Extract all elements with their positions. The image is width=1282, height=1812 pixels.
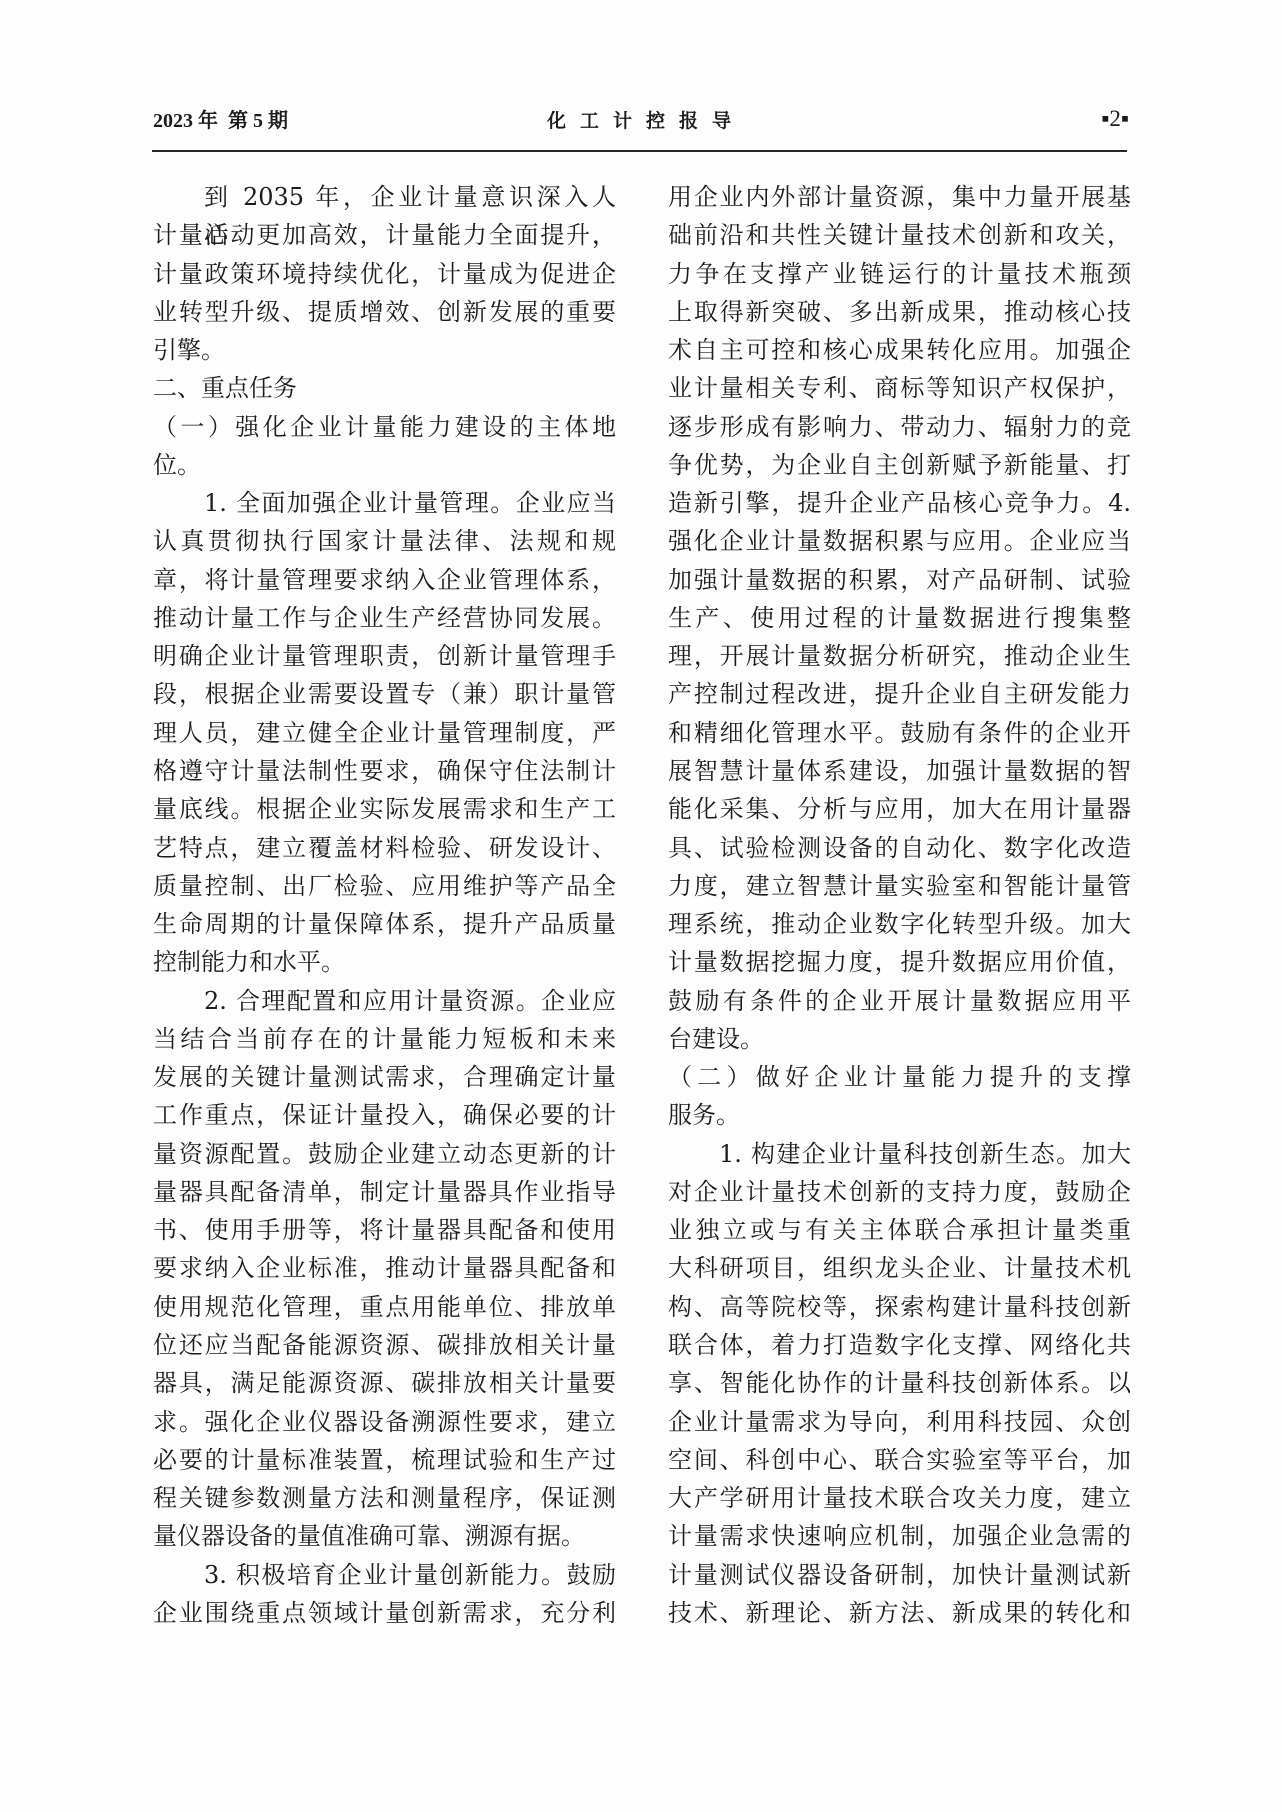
text-line: 1. 全面加强企业计量管理。企业应当 [153, 484, 616, 522]
text-line: 器具，满足能源资源、碳排放相关计量要 [153, 1364, 616, 1402]
paragraph-2035-goals: 到 2035 年，企业计量意识深入人心， 计量活动更加高效，计量能力全面提升， … [153, 178, 616, 369]
journal-page: 2023 年 第 5 期 化 工 计 控 报 导 ▪2▪ 到 2035 年，企业… [0, 0, 1282, 1812]
text-line: 和精细化管理水平。鼓励有条件的企业开 [668, 714, 1131, 752]
text-line: 企业围绕重点领域计量创新需求，充分利 [153, 1594, 616, 1632]
text-line: 认真贯彻执行国家计量法律、法规和规 [153, 522, 616, 560]
text-line: 计量政策环境持续优化，计量成为促进企 [153, 255, 616, 293]
text-line: 控制能力和水平。 [153, 943, 616, 981]
text-line: 推动计量工作与企业生产经营协同发展。 [153, 599, 616, 637]
paragraph-item-3-4-continued: 用企业内外部计量资源，集中力量开展基 础前沿和共性关键计量技术创新和攻关， 力争… [668, 178, 1131, 1058]
text-line: 业转型升级、提质增效、创新发展的重要 [153, 293, 616, 331]
text-line: 用企业内外部计量资源，集中力量开展基 [668, 178, 1131, 216]
text-line: 术自主可控和核心成果转化应用。加强企 [668, 331, 1131, 369]
text-line: 力度，建立智慧计量实验室和智能计量管 [668, 867, 1131, 905]
text-line: 大产学研用计量技术联合攻关力度，建立 [668, 1479, 1131, 1517]
paragraph-item-1-ecosystem: 1. 构建企业计量科技创新生态。加大 对企业计量技术创新的支持力度，鼓励企 业独… [668, 1135, 1131, 1632]
text-line: 空间、科创中心、联合实验室等平台，加 [668, 1441, 1131, 1479]
subsection-heading-2: （二）做好企业计量能力提升的支撑 服务。 [668, 1058, 1131, 1135]
text-line: 享、智能化协作的计量科技创新体系。以 [668, 1364, 1131, 1402]
text-line: 工作重点，保证计量投入，确保必要的计 [153, 1096, 616, 1134]
text-line: 量仪器设备的量值准确可靠、溯源有据。 [153, 1517, 616, 1555]
text-line: 求。强化企业仪器设备溯源性要求，建立 [153, 1403, 616, 1441]
text-line: 质量控制、出厂检验、应用维护等产品全 [153, 867, 616, 905]
text-line: 服务。 [668, 1096, 1131, 1134]
text-line: 书、使用手册等，将计量器具配备和使用 [153, 1211, 616, 1249]
text-line: 对企业计量技术创新的支持力度，鼓励企 [668, 1173, 1131, 1211]
text-line: 展智慧计量体系建设，加强计量数据的智 [668, 752, 1131, 790]
text-line: 企业计量需求为导向，利用科技园、众创 [668, 1403, 1131, 1441]
text-line: 理人员，建立健全企业计量管理制度，严 [153, 714, 616, 752]
text-line: 业计量相关专利、商标等知识产权保护， [668, 369, 1131, 407]
text-line: 量资源配置。鼓励企业建立动态更新的计 [153, 1135, 616, 1173]
text-line: （二）做好企业计量能力提升的支撑 [668, 1058, 1131, 1096]
text-line: 到 2035 年，企业计量意识深入人心， [153, 178, 616, 216]
journal-issue: 2023 年 第 5 期 [153, 107, 288, 135]
paragraph-item-2-resources: 2. 合理配置和应用计量资源。企业应 当结合当前存在的计量能力短板和未来 发展的… [153, 982, 616, 1556]
text-line: 加强计量数据的积累，对产品研制、试验 [668, 561, 1131, 599]
text-line: 造新引擎，提升企业产品核心竞争力。4. [668, 484, 1131, 522]
text-line: 艺特点，建立覆盖材料检验、研发设计、 [153, 829, 616, 867]
text-line: 台建设。 [668, 1020, 1131, 1058]
text-line: 联合体，着力打造数字化支撑、网络化共 [668, 1326, 1131, 1364]
text-line: 大科研项目，组织龙头企业、计量技术机 [668, 1249, 1131, 1287]
page-number: ▪2▪ [1101, 104, 1129, 134]
text-line: 计量数据挖掘力度，提升数据应用价值， [668, 943, 1131, 981]
journal-title: 化 工 计 控 报 导 [547, 107, 731, 135]
header-rule [152, 150, 1127, 152]
text-line: 段，根据企业需要设置专（兼）职计量管 [153, 675, 616, 713]
text-line: 业独立或与有关主体联合承担计量类重 [668, 1211, 1131, 1249]
text-line: 计量测试仪器设备研制，加快计量测试新 [668, 1556, 1131, 1594]
text-line: 必要的计量标准装置，梳理试验和生产过 [153, 1441, 616, 1479]
text-line: 格遵守计量法制性要求，确保守住法制计 [153, 752, 616, 790]
section-heading-key-tasks: 二、重点任务 [153, 369, 616, 407]
text-line: 明确企业计量管理职责，创新计量管理手 [153, 637, 616, 675]
text-line: 具、试验检测设备的自动化、数字化改造 [668, 829, 1131, 867]
text-line: 上取得新突破、多出新成果，推动核心技 [668, 293, 1131, 331]
paragraph-item-3-innovation: 3. 积极培育企业计量创新能力。鼓励 企业围绕重点领域计量创新需求，充分利 [153, 1556, 616, 1633]
text-line: 量底线。根据企业实际发展需求和生产工 [153, 790, 616, 828]
text-line: 位还应当配备能源资源、碳排放相关计量 [153, 1326, 616, 1364]
text-line: 发展的关键计量测试需求，合理确定计量 [153, 1058, 616, 1096]
text-line: 引擎。 [153, 331, 616, 369]
text-line: 要求纳入企业标准，推动计量器具配备和 [153, 1249, 616, 1287]
text-line: 生产、使用过程的计量数据进行搜集整 [668, 599, 1131, 637]
text-line: 能化采集、分析与应用，加大在用计量器 [668, 790, 1131, 828]
text-line: 理系统，推动企业数字化转型升级。加大 [668, 905, 1131, 943]
text-line: （一）强化企业计量能力建设的主体地 [153, 408, 616, 446]
text-line: 1. 构建企业计量科技创新生态。加大 [668, 1135, 1131, 1173]
text-line: 技术、新理论、新方法、新成果的转化和 [668, 1594, 1131, 1632]
text-line: 当结合当前存在的计量能力短板和未来 [153, 1020, 616, 1058]
text-line: 位。 [153, 446, 616, 484]
text-line: 使用规范化管理，重点用能单位、排放单 [153, 1288, 616, 1326]
text-line: 力争在支撑产业链运行的计量技术瓶颈 [668, 255, 1131, 293]
text-line: 章，将计量管理要求纳入企业管理体系， [153, 561, 616, 599]
text-line: 量器具配备清单，制定计量器具作业指导 [153, 1173, 616, 1211]
text-line: 产控制过程改进，提升企业自主研发能力 [668, 675, 1131, 713]
text-line: 3. 积极培育企业计量创新能力。鼓励 [153, 1556, 616, 1594]
text-line: 础前沿和共性关键计量技术创新和攻关， [668, 216, 1131, 254]
text-line: 生命周期的计量保障体系，提升产品质量 [153, 905, 616, 943]
subsection-heading-1: （一）强化企业计量能力建设的主体地 位。 [153, 408, 616, 485]
text-line: 计量需求快速响应机制，加强企业急需的 [668, 1517, 1131, 1555]
text-line: 争优势，为企业自主创新赋予新能量、打 [668, 446, 1131, 484]
left-column: 到 2035 年，企业计量意识深入人心， 计量活动更加高效，计量能力全面提升， … [153, 178, 616, 1632]
text-line: 理，开展计量数据分析研究，推动企业生 [668, 637, 1131, 675]
paragraph-item-1-management: 1. 全面加强企业计量管理。企业应当 认真贯彻执行国家计量法律、法规和规 章，将… [153, 484, 616, 981]
text-line: 2. 合理配置和应用计量资源。企业应 [153, 982, 616, 1020]
text-line: 逐步形成有影响力、带动力、辐射力的竞 [668, 408, 1131, 446]
text-line: 强化企业计量数据积累与应用。企业应当 [668, 522, 1131, 560]
text-line: 构、高等院校等，探索构建计量科技创新 [668, 1288, 1131, 1326]
text-line: 鼓励有条件的企业开展计量数据应用平 [668, 982, 1131, 1020]
right-column: 用企业内外部计量资源，集中力量开展基 础前沿和共性关键计量技术创新和攻关， 力争… [668, 178, 1131, 1632]
text-line: 计量活动更加高效，计量能力全面提升， [153, 216, 616, 254]
text-line: 程关键参数测量方法和测量程序，保证测 [153, 1479, 616, 1517]
